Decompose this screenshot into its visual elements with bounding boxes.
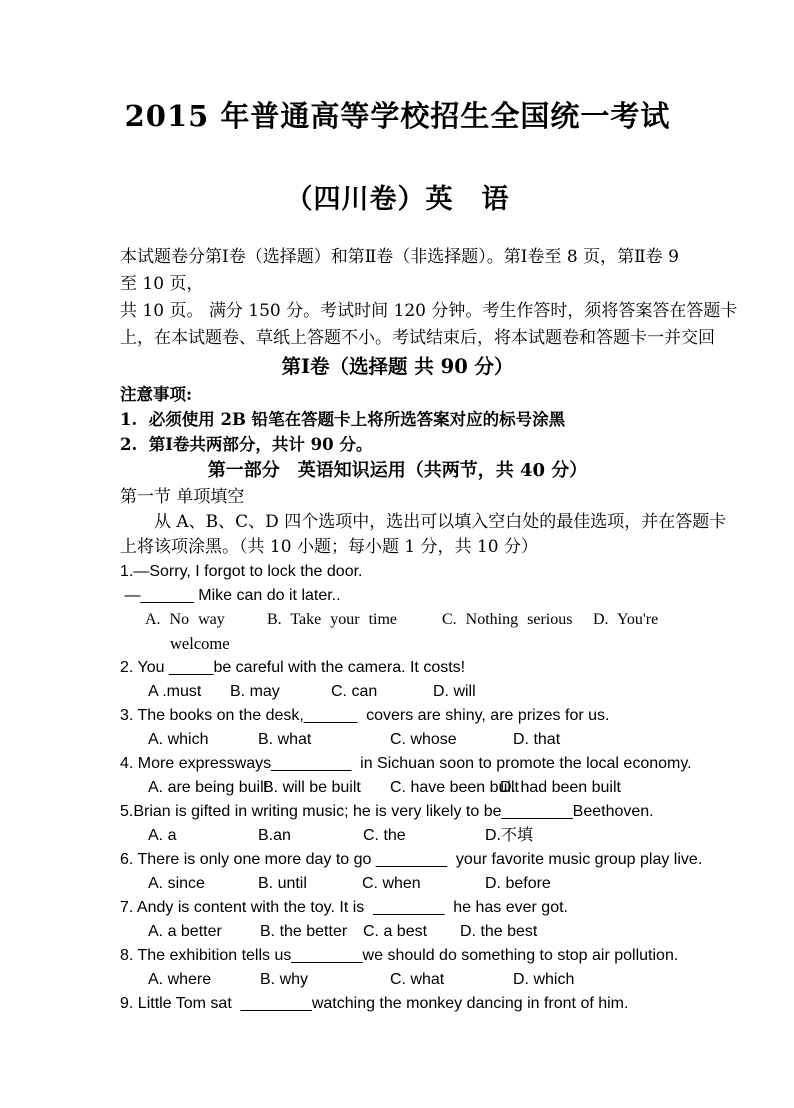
question-3-option-b: B. what <box>258 728 390 752</box>
section1-heading: 第一部分 英语知识运用（共两节，共 40 分） <box>120 457 675 485</box>
question-3-option-a: A. which <box>148 728 258 752</box>
question-6-options: A. since B. until C. when D. before <box>120 872 675 896</box>
question-3-option-d: D. that <box>513 728 560 752</box>
question-9: 9. Little Tom sat ________watching the m… <box>120 992 675 1016</box>
question-2-option-c: C. can <box>331 680 433 704</box>
question-3: 3. The books on the desk,______ covers a… <box>120 704 675 752</box>
question-9-stem: 9. Little Tom sat ________watching the m… <box>120 992 675 1016</box>
question-7-options: A. a better B. the better C. a best D. t… <box>120 920 675 944</box>
question-5-options: A. a B.an C. the D.不填 <box>120 824 675 848</box>
question-8: 8. The exhibition tells us________we sho… <box>120 944 675 992</box>
question-1-option-c: C. Nothing serious <box>442 608 593 632</box>
question-5-stem: 5.Brian is gifted in writing music; he i… <box>120 800 675 824</box>
question-1-option-a: A. No way <box>145 608 267 632</box>
question-7-option-b: B. the better <box>260 920 363 944</box>
question-1-option-d: D. You're <box>593 608 658 632</box>
question-5: 5.Brian is gifted in writing music; he i… <box>120 800 675 848</box>
question-5-option-a: A. a <box>148 824 258 848</box>
exam-intro-paragraph: 本试题卷分第Ⅰ卷（选择题）和第Ⅱ卷（非选择题）。第Ⅰ卷至 8 页，第Ⅱ卷 9 至… <box>120 244 675 352</box>
intro-line-2: 至 10 页， <box>120 271 675 298</box>
question-1-option-d-continuation: welcome <box>120 632 675 656</box>
question-6-option-b: B. until <box>258 872 362 896</box>
part1-heading: 第Ⅰ卷（选择题 共 90 分） <box>120 352 675 382</box>
instruction-line-1: 从 A、B、C、D 四个选项中，选出可以填入空白处的最佳选项，并在答题卡 <box>120 510 675 535</box>
question-8-stem: 8. The exhibition tells us________we sho… <box>120 944 675 968</box>
question-6: 6. There is only one more day to go ____… <box>120 848 675 896</box>
intro-line-1: 本试题卷分第Ⅰ卷（选择题）和第Ⅱ卷（非选择题）。第Ⅰ卷至 8 页，第Ⅱ卷 9 <box>120 244 675 271</box>
question-5-option-d: D.不填 <box>485 824 533 848</box>
question-1-options: A. No way B. Take your time C. Nothing s… <box>120 608 675 632</box>
question-8-option-d: D. which <box>513 968 574 992</box>
question-7-option-d: D. the best <box>460 920 537 944</box>
exam-paper-page: 2015 年普通高等学校招生全国统一考试 （四川卷）英 语 本试题卷分第Ⅰ卷（选… <box>0 0 794 1108</box>
question-2-option-d: D. will <box>433 680 476 704</box>
question-1-stem-line2: —______ Mike can do it later.. <box>120 584 675 608</box>
question-6-option-c: C. when <box>362 872 485 896</box>
question-2-options: A .must B. may C. can D. will <box>120 680 675 704</box>
note-1: 1. 必须使用 2B 铅笔在答题卡上将所选答案对应的标号涂黑 <box>120 407 675 432</box>
question-2-option-a: A .must <box>148 680 230 704</box>
question-3-option-c: C. whose <box>390 728 513 752</box>
exam-subtitle: （四川卷）英 语 <box>120 182 675 218</box>
question-8-option-b: B. why <box>260 968 390 992</box>
note-2: 2. 第Ⅰ卷共两部分，共计 90 分。 <box>120 432 675 457</box>
question-4-stem: 4. More expressways_________ in Sichuan … <box>120 752 675 776</box>
intro-line-3: 共 10 页。 满分 150 分。考试时间 120 分钟。考生作答时，须将答案答… <box>120 298 675 325</box>
question-1-stem: 1.—Sorry, I forgot to lock the door. <box>120 560 675 584</box>
question-4-option-c: C. have been built <box>390 776 500 800</box>
question-7-option-c: C. a best <box>363 920 460 944</box>
question-8-option-a: A. where <box>148 968 260 992</box>
intro-line-4: 上，在本试题卷、草纸上答题不小。考试结束后，将本试题卷和答题卡一并交回 <box>120 325 675 352</box>
question-7-option-a: A. a better <box>148 920 260 944</box>
question-4-option-b: B. will be built <box>263 776 390 800</box>
question-6-stem: 6. There is only one more day to go ____… <box>120 848 675 872</box>
question-2-stem: 2. You _____be careful with the camera. … <box>120 656 675 680</box>
question-6-option-d: D. before <box>485 872 551 896</box>
question-8-options: A. where B. why C. what D. which <box>120 968 675 992</box>
question-3-stem: 3. The books on the desk,______ covers a… <box>120 704 675 728</box>
question-4-option-a: A. are being built <box>148 776 263 800</box>
question-1-option-b: B. Take your time <box>267 608 442 632</box>
subsection-heading: 第一节 单项填空 <box>120 485 675 510</box>
question-5-option-c: C. the <box>363 824 485 848</box>
question-3-options: A. which B. what C. whose D. that <box>120 728 675 752</box>
question-4-options: A. are being built B. will be built C. h… <box>120 776 675 800</box>
question-4: 4. More expressways_________ in Sichuan … <box>120 752 675 800</box>
instruction-line-2: 上将该项涂黑。（共 10 小题；每小题 1 分，共 10 分） <box>120 535 675 560</box>
exam-title: 2015 年普通高等学校招生全国统一考试 <box>120 96 675 136</box>
question-2-option-b: B. may <box>230 680 331 704</box>
question-5-option-b: B.an <box>258 824 363 848</box>
question-8-option-c: C. what <box>390 968 513 992</box>
question-2: 2. You _____be careful with the camera. … <box>120 656 675 704</box>
question-7-stem: 7. Andy is content with the toy. It is _… <box>120 896 675 920</box>
question-7: 7. Andy is content with the toy. It is _… <box>120 896 675 944</box>
question-1: 1.—Sorry, I forgot to lock the door. —__… <box>120 560 675 656</box>
notes-title: 注意事项: <box>120 382 675 407</box>
question-6-option-a: A. since <box>148 872 258 896</box>
question-4-option-d: D. had been built <box>500 776 621 800</box>
